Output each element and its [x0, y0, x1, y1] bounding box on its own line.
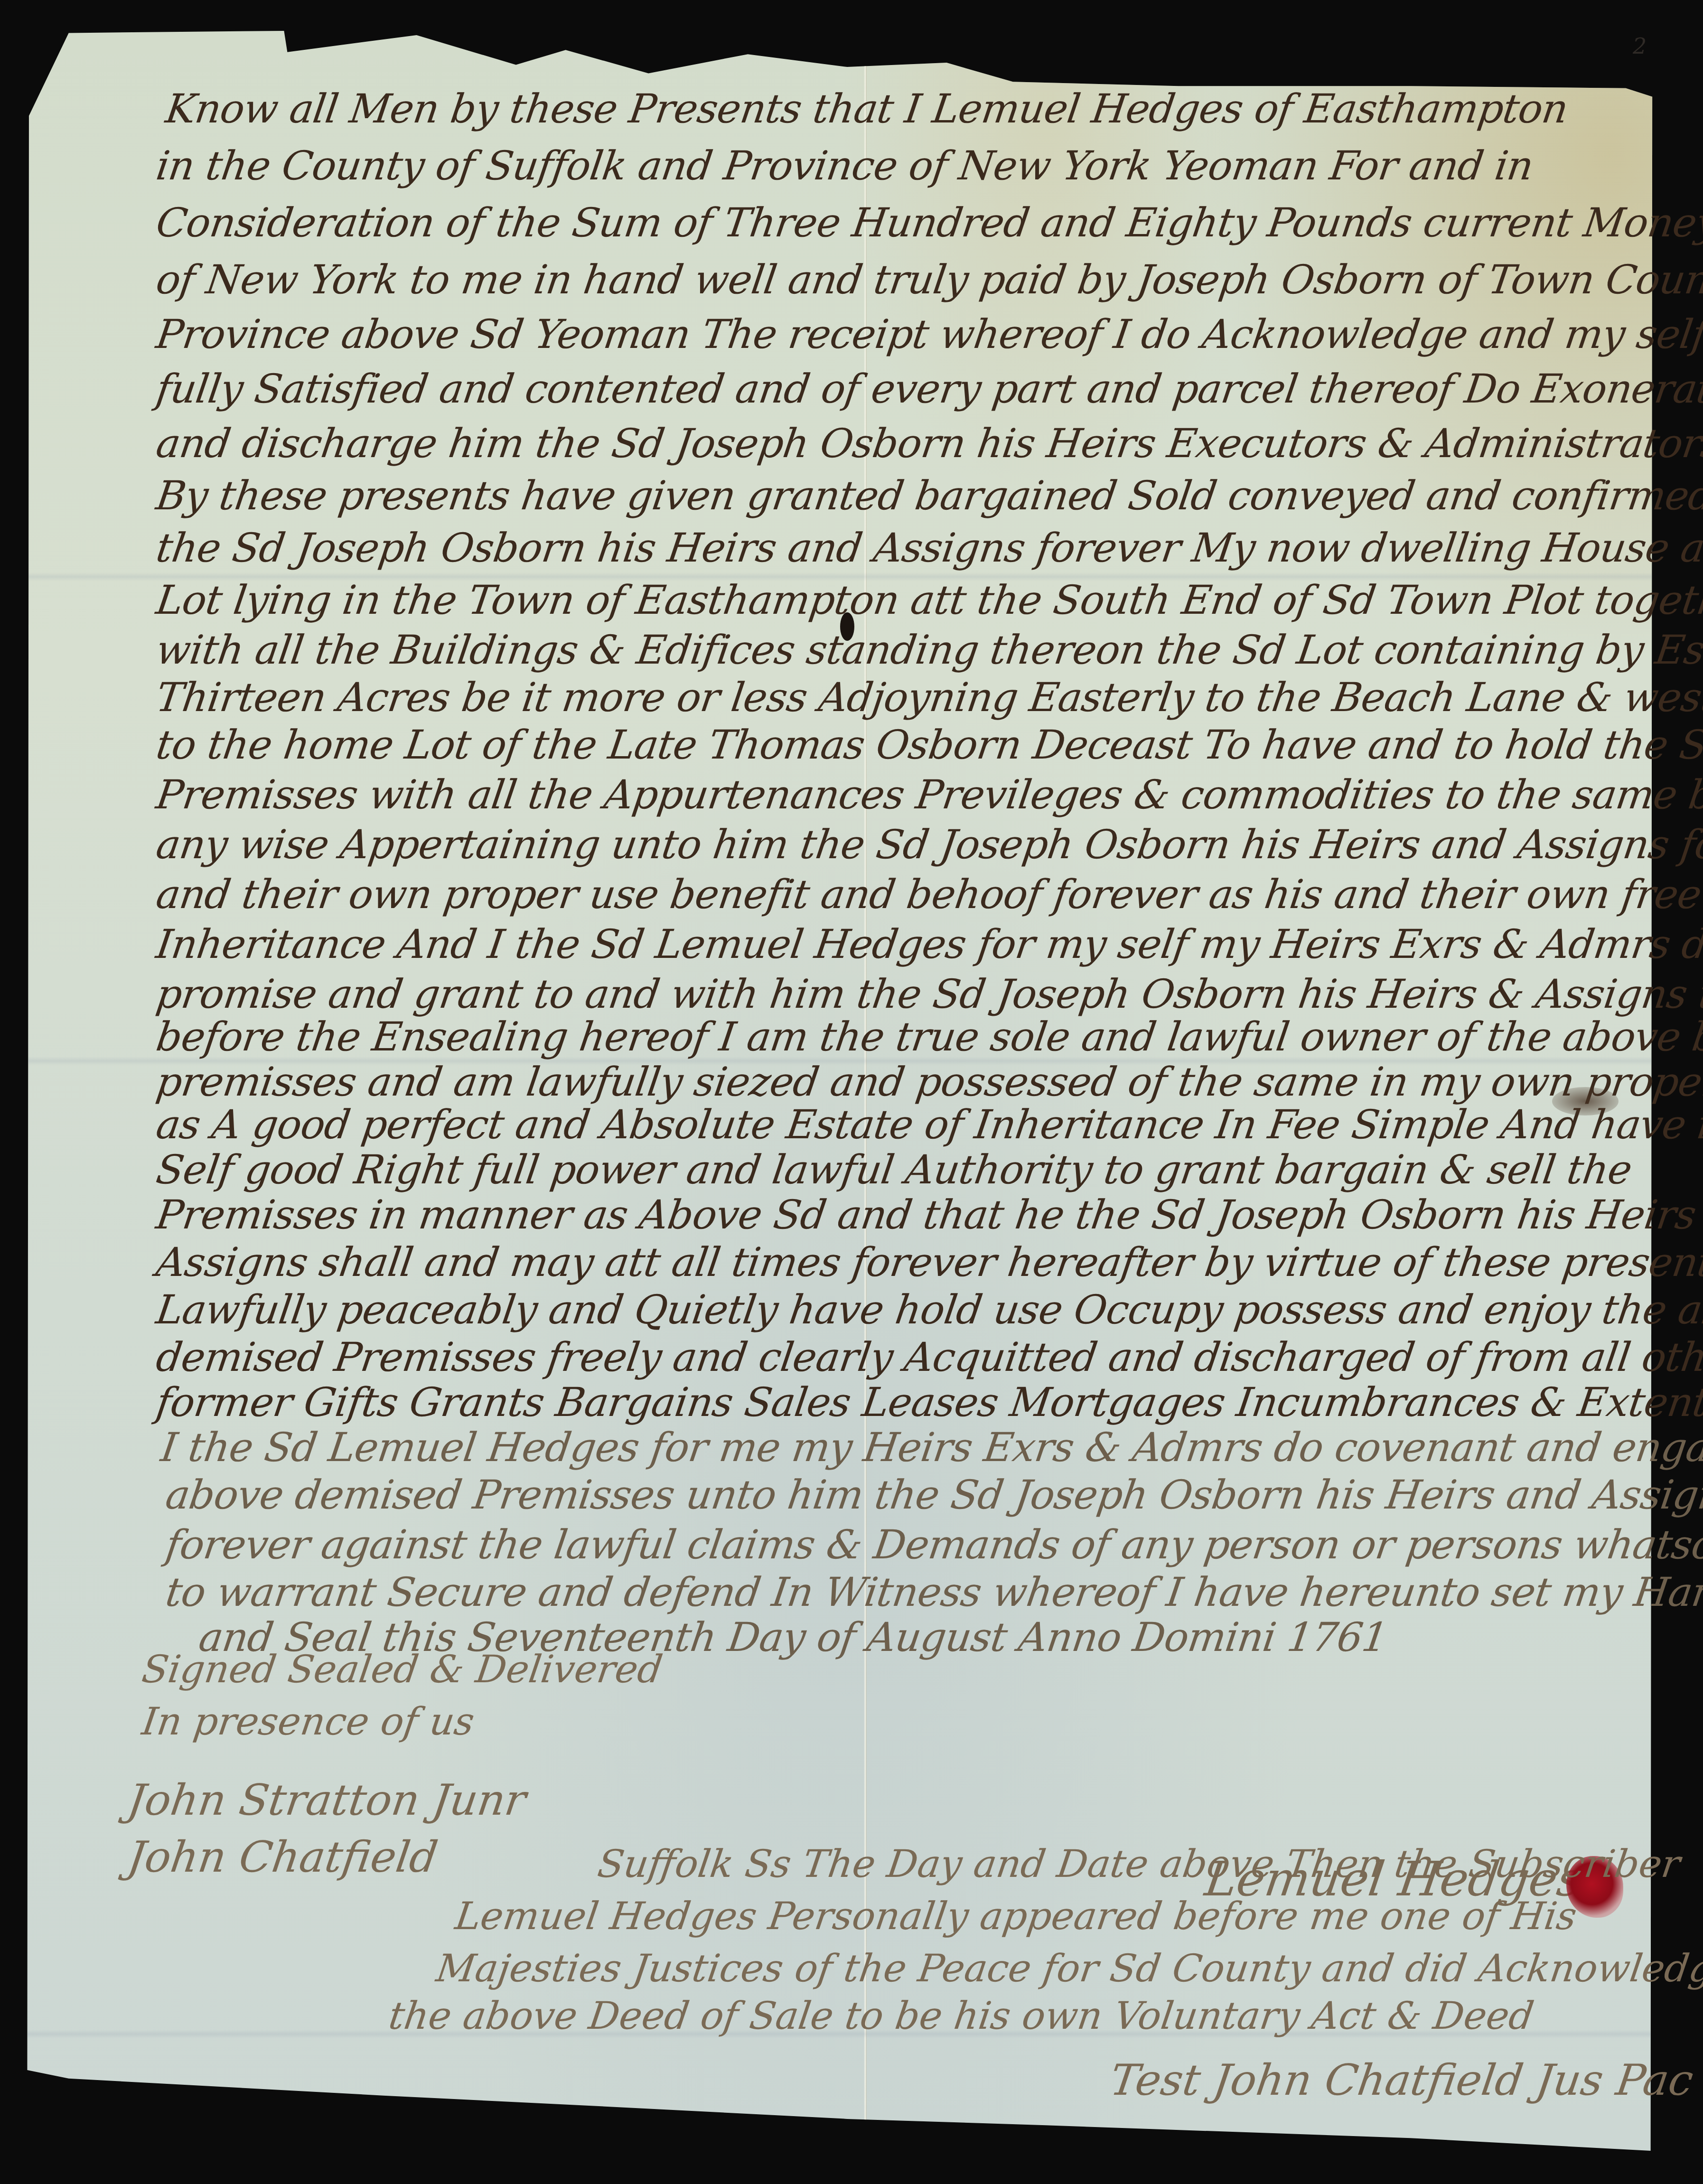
- deed-line: any wise Appertaining unto him the Sd Jo…: [153, 821, 1703, 868]
- deed-line: above demised Premisses unto him the Sd …: [163, 1472, 1703, 1518]
- deed-line: in the County of Suffolk and Province of…: [153, 142, 1536, 189]
- witness-signature-stratton: John Stratton Junr: [125, 1775, 529, 1825]
- deed-line: Lot lying in the Town of Easthampton att…: [153, 577, 1703, 623]
- deed-line: before the Ensealing hereof I am the tru…: [153, 1013, 1703, 1060]
- deed-line: to warrant Secure and defend In Witness …: [163, 1569, 1703, 1615]
- deed-line: to the home Lot of the Late Thomas Osbor…: [153, 722, 1703, 768]
- deed-line: forever against the lawful claims & Dema…: [163, 1521, 1703, 1568]
- deed-line: Self good Right full power and lawful Au…: [153, 1146, 1635, 1193]
- deed-line: the Sd Joseph Osborn his Heirs and Assig…: [153, 525, 1703, 571]
- ink-blot: [840, 612, 854, 641]
- deed-line: and discharge him the Sd Joseph Osborn h…: [153, 420, 1703, 467]
- deed-line: as A good perfect and Absolute Estate of…: [153, 1101, 1703, 1148]
- deed-line: Know all Men by these Presents that I Le…: [163, 85, 1571, 132]
- deed-line: with all the Buildings & Edifices standi…: [153, 627, 1703, 673]
- deed-line: Thirteen Acres be it more or less Adjoyn…: [153, 674, 1703, 721]
- deed-line: Province above Sd Yeoman The receipt whe…: [153, 311, 1703, 357]
- justice-attestation-signature: Test John Chatfield Jus Pac: [1107, 2055, 1696, 2105]
- pencil-page-number: 2: [1633, 33, 1647, 59]
- deed-line: Assigns shall and may att all times fore…: [153, 1239, 1703, 1285]
- deed-line: demised Premisses freely and clearly Acq…: [153, 1334, 1703, 1380]
- deed-line: Inheritance And I the Sd Lemuel Hedges f…: [153, 921, 1703, 967]
- deed-line: of New York to me in hand well and truly…: [153, 256, 1703, 303]
- acknowledgement-line: Lemuel Hedges Personally appeared before…: [452, 1894, 1579, 1938]
- deed-line: Consideration of the Sum of Three Hundre…: [153, 199, 1703, 246]
- deed-line: and their own proper use benefit and beh…: [153, 871, 1703, 918]
- deed-line: Premisses with all the Appurtenances Pre…: [153, 771, 1703, 818]
- ink-stain: [1552, 1087, 1619, 1115]
- acknowledgement-line: the above Deed of Sale to be his own Vol…: [386, 1994, 1536, 2038]
- deed-line: By these presents have given granted bar…: [153, 472, 1703, 519]
- deed-line: I the Sd Lemuel Hedges for me my Heirs E…: [158, 1424, 1703, 1471]
- signed-sealed-delivered-label: Signed Sealed & Delivered: [139, 1647, 665, 1691]
- in-presence-label: In presence of us: [139, 1699, 477, 1743]
- deed-line: former Gifts Grants Bargains Sales Lease…: [153, 1379, 1703, 1425]
- deed-line: promise and grant to and with him the Sd…: [153, 971, 1703, 1017]
- deed-line: Lawfully peaceably and Quietly have hold…: [153, 1286, 1703, 1333]
- acknowledgement-line: Suffolk Ss The Day and Date above Then t…: [595, 1842, 1683, 1886]
- acknowledgement-line: Majesties Justices of the Peace for Sd C…: [433, 1946, 1703, 1990]
- deed-line: fully Satisfied and contented and of eve…: [153, 366, 1703, 412]
- deed-line: Premisses in manner as Above Sd and that…: [153, 1191, 1703, 1238]
- witness-signature-chatfield: John Chatfield: [125, 1832, 441, 1882]
- deed-line: premisses and am lawfully siezed and pos…: [153, 1059, 1703, 1105]
